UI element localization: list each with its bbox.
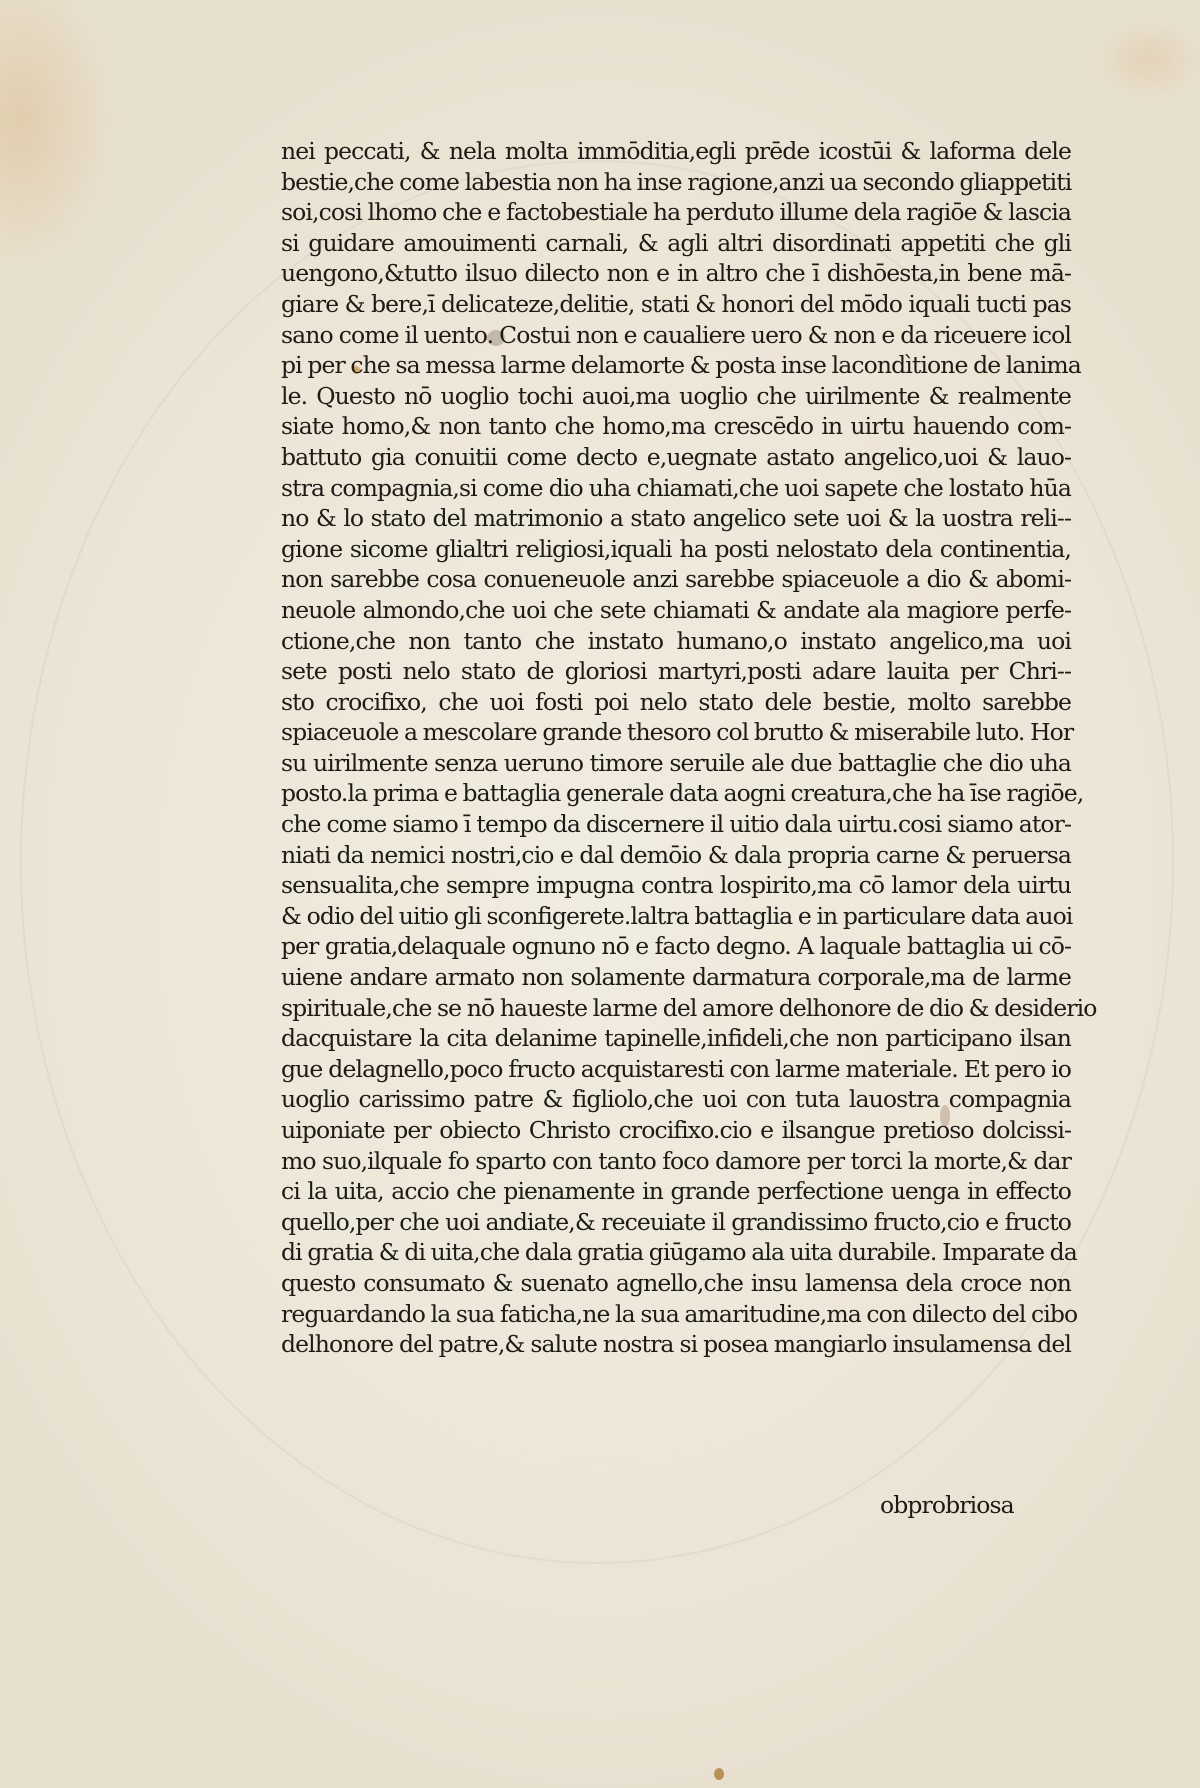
text-line: dacquistare la cita delanime tapinelle,i… (281, 1023, 1071, 1054)
text-line: bestie,che come labestia non ha inse rag… (281, 167, 1071, 198)
text-line: stra compagnia,si come dio uha chiamati,… (281, 473, 1071, 504)
book-page: nei peccati, & nela molta immōditia,egli… (0, 0, 1200, 1788)
text-line: nei peccati, & nela molta immōditia,egli… (281, 136, 1071, 167)
text-line: sano come il uento. Costui non e caualie… (281, 320, 1071, 351)
text-line: uoglio carissimo patre & figliolo,che uo… (281, 1084, 1071, 1115)
text-line: quello,per che uoi andiate,& receuiate i… (281, 1207, 1071, 1238)
text-line: per gratia,delaquale ognuno nō e facto d… (281, 931, 1071, 962)
text-line: niati da nemici nostri,cio e dal demōio … (281, 840, 1071, 871)
text-line: ci la uita, accio che pienamente in gran… (281, 1176, 1071, 1207)
catchword: obprobriosa (880, 1491, 1014, 1519)
text-line: che come siamo ī tempo da discernere il … (281, 809, 1071, 840)
text-line: le. Questo nō uoglio tochi auoi,ma uogli… (281, 381, 1071, 412)
text-line: si guidare amouimenti carnali, & agli al… (281, 228, 1071, 259)
text-line: reguardando la sua faticha,ne la sua ama… (281, 1299, 1071, 1330)
text-line: sto crocifixo, che uoi fosti poi nelo st… (281, 687, 1071, 718)
text-line: spirituale,che se nō haueste larme del a… (281, 993, 1071, 1024)
text-line: uiponiate per obiecto Christo crocifixo.… (281, 1115, 1071, 1146)
text-line: di gratia & di uita,che dala gratia giūg… (281, 1237, 1071, 1268)
text-line: sete posti nelo stato de gloriosi martyr… (281, 656, 1071, 687)
text-line: mo suo,ilquale fo sparto con tanto foco … (281, 1146, 1071, 1177)
text-line: spiaceuole a mescolare grande thesoro co… (281, 717, 1071, 748)
text-line: battuto gia conuitii come decto e,uegnat… (281, 442, 1071, 473)
text-line: soi,cosi lhomo che e factobestiale ha pe… (281, 197, 1071, 228)
text-line: giare & bere,ī delicateze,delitie, stati… (281, 289, 1071, 320)
text-line: no & lo stato del matrimonio a stato ang… (281, 503, 1071, 534)
text-block: nei peccati, & nela molta immōditia,egli… (281, 136, 1071, 1360)
text-line: siate homo,& non tanto che homo,ma cresc… (281, 411, 1071, 442)
paper-stain (714, 1768, 724, 1780)
text-line: su uirilmente senza ueruno timore seruil… (281, 748, 1071, 779)
text-line: non sarebbe cosa conueneuole anzi sarebb… (281, 564, 1071, 595)
text-line: gione sicome glialtri religiosi,iquali h… (281, 534, 1071, 565)
text-line: pi per che sa messa larme delamorte & po… (281, 350, 1071, 381)
text-line: questo consumato & suenato agnello,che i… (281, 1268, 1071, 1299)
text-line: uiene andare armato non solamente darmat… (281, 962, 1071, 993)
text-line: ctione,che non tanto che instato humano,… (281, 626, 1071, 657)
text-line: delhonore del patre,& salute nostra si p… (281, 1329, 1071, 1360)
text-line: posto.la prima e battaglia generale data… (281, 778, 1071, 809)
text-line: neuole almondo,che uoi che sete chiamati… (281, 595, 1071, 626)
text-line: sensualita,che sempre impugna contra los… (281, 870, 1071, 901)
text-line: gue delagnello,poco fructo acquistaresti… (281, 1054, 1071, 1085)
text-line: & odio del uitio gli sconfigerete.laltra… (281, 901, 1071, 932)
text-line: uengono,&tutto ilsuo dilecto non e in al… (281, 258, 1071, 289)
